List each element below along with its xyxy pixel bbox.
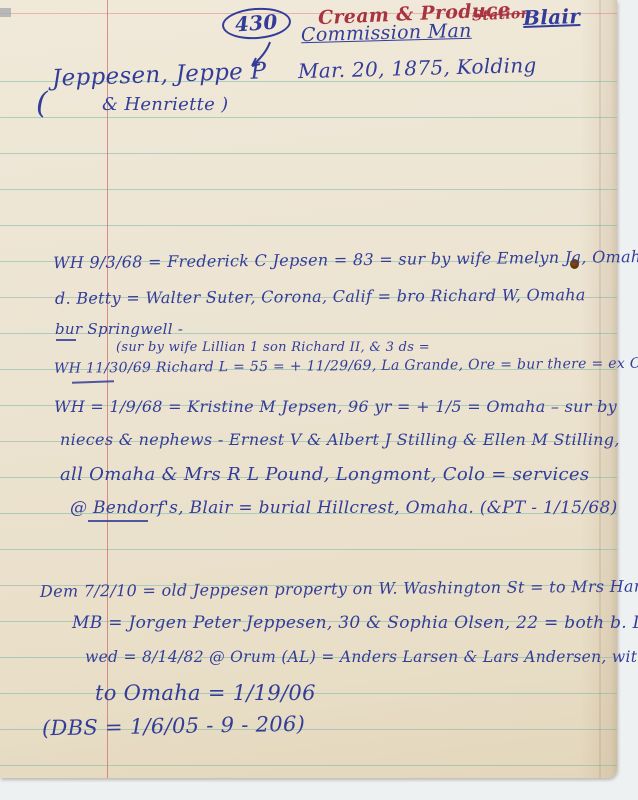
birth-date: Mar. 20, 1875, Kolding bbox=[298, 53, 537, 83]
occupation: Commission Man bbox=[301, 20, 472, 46]
entry-line: wed = 8/14/82 @ Orum (AL) = Anders Larse… bbox=[85, 648, 638, 666]
notebook-page: 430 Cream & Produce Station Blair Commis… bbox=[0, 0, 617, 778]
entry-line: nieces & nephews - Ernest V & Albert J S… bbox=[60, 430, 620, 449]
entry-line: MB = Jorgen Peter Jeppesen, 30 & Sophia … bbox=[72, 613, 638, 633]
entry-line: to Omaha = 1/19/06 bbox=[95, 681, 316, 705]
scan-background: 430 Cream & Produce Station Blair Commis… bbox=[0, 0, 638, 800]
entry-line: bur Springwell - bbox=[55, 320, 183, 338]
ink-underline bbox=[56, 339, 76, 341]
entry-line: @ Bendorf's, Blair = burial Hillcrest, O… bbox=[70, 498, 618, 518]
ink-underline bbox=[88, 520, 148, 522]
entry-line: WH = 1/9/68 = Kristine M Jepsen, 96 yr =… bbox=[54, 397, 617, 416]
scan-corner-mark bbox=[0, 8, 11, 17]
entry-line: Dem 7/2/10 = old Jeppesen property on W.… bbox=[40, 576, 638, 601]
open-paren: ( bbox=[36, 86, 48, 121]
entry-line: all Omaha & Mrs R L Pound, Longmont, Col… bbox=[60, 464, 589, 485]
index-number: 430 bbox=[221, 6, 292, 42]
place-name: Blair bbox=[523, 4, 581, 30]
entry-line: WH 9/3/68 = Frederick C Jepsen = 83 = su… bbox=[53, 247, 638, 272]
entry-line-inserted: (sur by wife Lillian 1 son Richard II, &… bbox=[116, 340, 430, 355]
entry-line: (DBS = 1/6/05 - 9 - 206) bbox=[42, 712, 306, 741]
entry-line: WH 11/30/69 Richard L = 55 = + 11/29/69,… bbox=[54, 355, 638, 376]
spouse-name: & Henriette ) bbox=[102, 94, 228, 115]
entry-line: d. Betty = Walter Suter, Corona, Calif =… bbox=[55, 285, 586, 308]
subject-name: Jeppesen, Jeppe P bbox=[52, 58, 267, 91]
ruled-lines bbox=[0, 81, 617, 770]
